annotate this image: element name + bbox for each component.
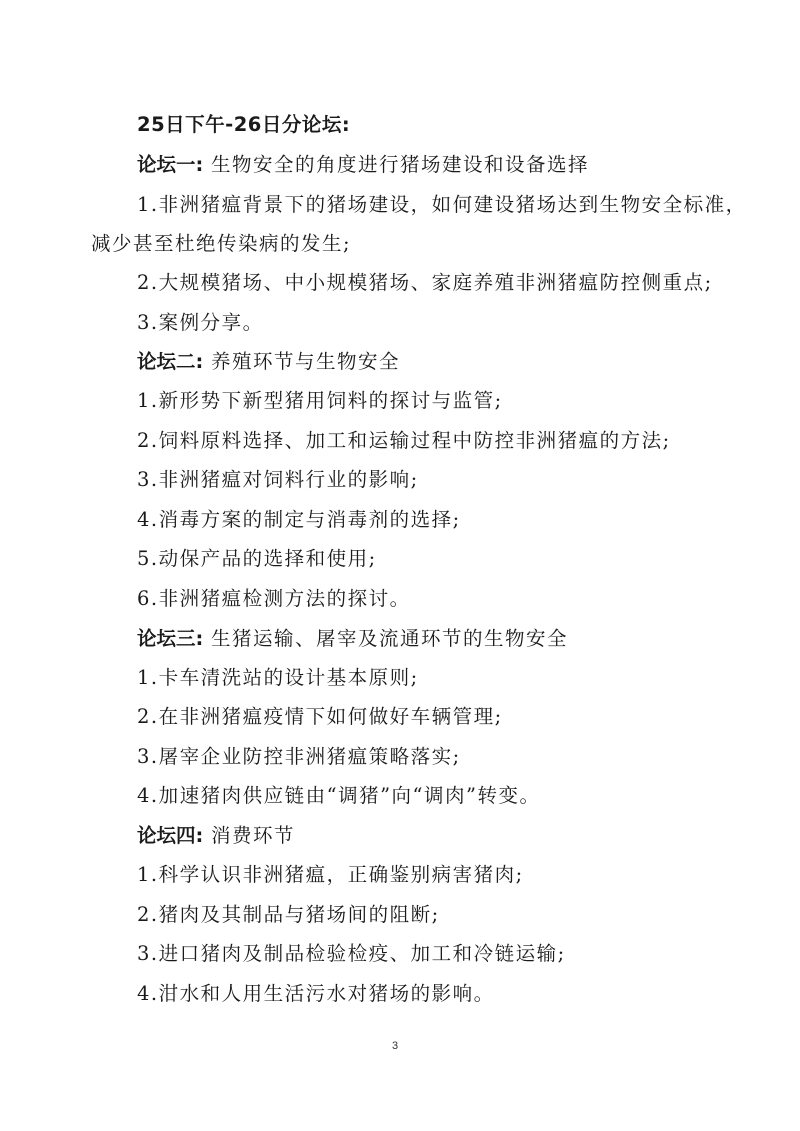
forum-title: 养殖环节与生物安全 — [211, 350, 400, 373]
document-page: 25日下午-26日分论坛: 论坛一: 生物安全的角度进行猪场建设和设备选择 1.… — [0, 0, 800, 1131]
forum-title: 消费环节 — [211, 824, 295, 847]
list-item: 1.新形势下新型猪用饲料的探讨与监管; — [137, 389, 503, 413]
list-item: 3.非洲猪瘟对饲料行业的影响; — [137, 468, 419, 492]
list-item: 2.大规模猪场、中小规模猪场、家庭养殖非洲猪瘟防控侧重点; — [137, 271, 713, 295]
list-item-continuation: 减少甚至杜绝传染病的发生; — [91, 232, 351, 256]
forum-label: 论坛三: — [137, 627, 203, 650]
page-number: 3 — [0, 1040, 790, 1052]
forum-label: 论坛二: — [137, 350, 203, 373]
list-item: 3.屠宰企业防控非洲猪瘟策略落实; — [137, 745, 461, 769]
forum-label: 论坛一: — [137, 153, 203, 176]
list-item: 4.泔水和人用生活污水对猪场的影响。 — [137, 982, 495, 1006]
forum-3-header: 论坛三: 生猪运输、屠宰及流通环节的生物安全 — [137, 627, 568, 651]
section-heading: 25日下午-26日分论坛: — [137, 113, 350, 137]
list-item: 4.加速猪肉供应链由“调猪”向“调肉”转变。 — [137, 784, 540, 808]
list-item: 1.非洲猪瘟背景下的猪场建设，如何建设猪场达到生物安全标准， — [137, 193, 747, 217]
list-item: 2.饲料原料选择、加工和运输过程中防控非洲猪瘟的方法; — [137, 429, 671, 453]
list-item: 5.动保产品的选择和使用; — [137, 547, 377, 571]
list-item: 4.消毒方案的制定与消毒剂的选择; — [137, 508, 461, 532]
forum-2-header: 论坛二: 养殖环节与生物安全 — [137, 350, 400, 374]
list-item: 1.卡车清洗站的设计基本原则; — [137, 666, 419, 690]
list-item: 1.科学认识非洲猪瘟，正确鉴别病害猪肉; — [137, 863, 524, 887]
forum-title: 生猪运输、屠宰及流通环节的生物安全 — [211, 627, 568, 650]
forum-1-header: 论坛一: 生物安全的角度进行猪场建设和设备选择 — [137, 153, 589, 177]
forum-4-header: 论坛四: 消费环节 — [137, 824, 295, 848]
list-item: 2.猪肉及其制品与猪场间的阻断; — [137, 903, 440, 927]
list-item: 2.在非洲猪瘟疫情下如何做好车辆管理; — [137, 705, 503, 729]
forum-label: 论坛四: — [137, 824, 203, 847]
list-item: 3.进口猪肉及制品检验检疫、加工和冷链运输; — [137, 942, 566, 966]
list-item: 6.非洲猪瘟检测方法的探讨。 — [137, 587, 411, 611]
forum-title: 生物安全的角度进行猪场建设和设备选择 — [211, 153, 589, 176]
list-item: 3.案例分享。 — [137, 311, 264, 335]
